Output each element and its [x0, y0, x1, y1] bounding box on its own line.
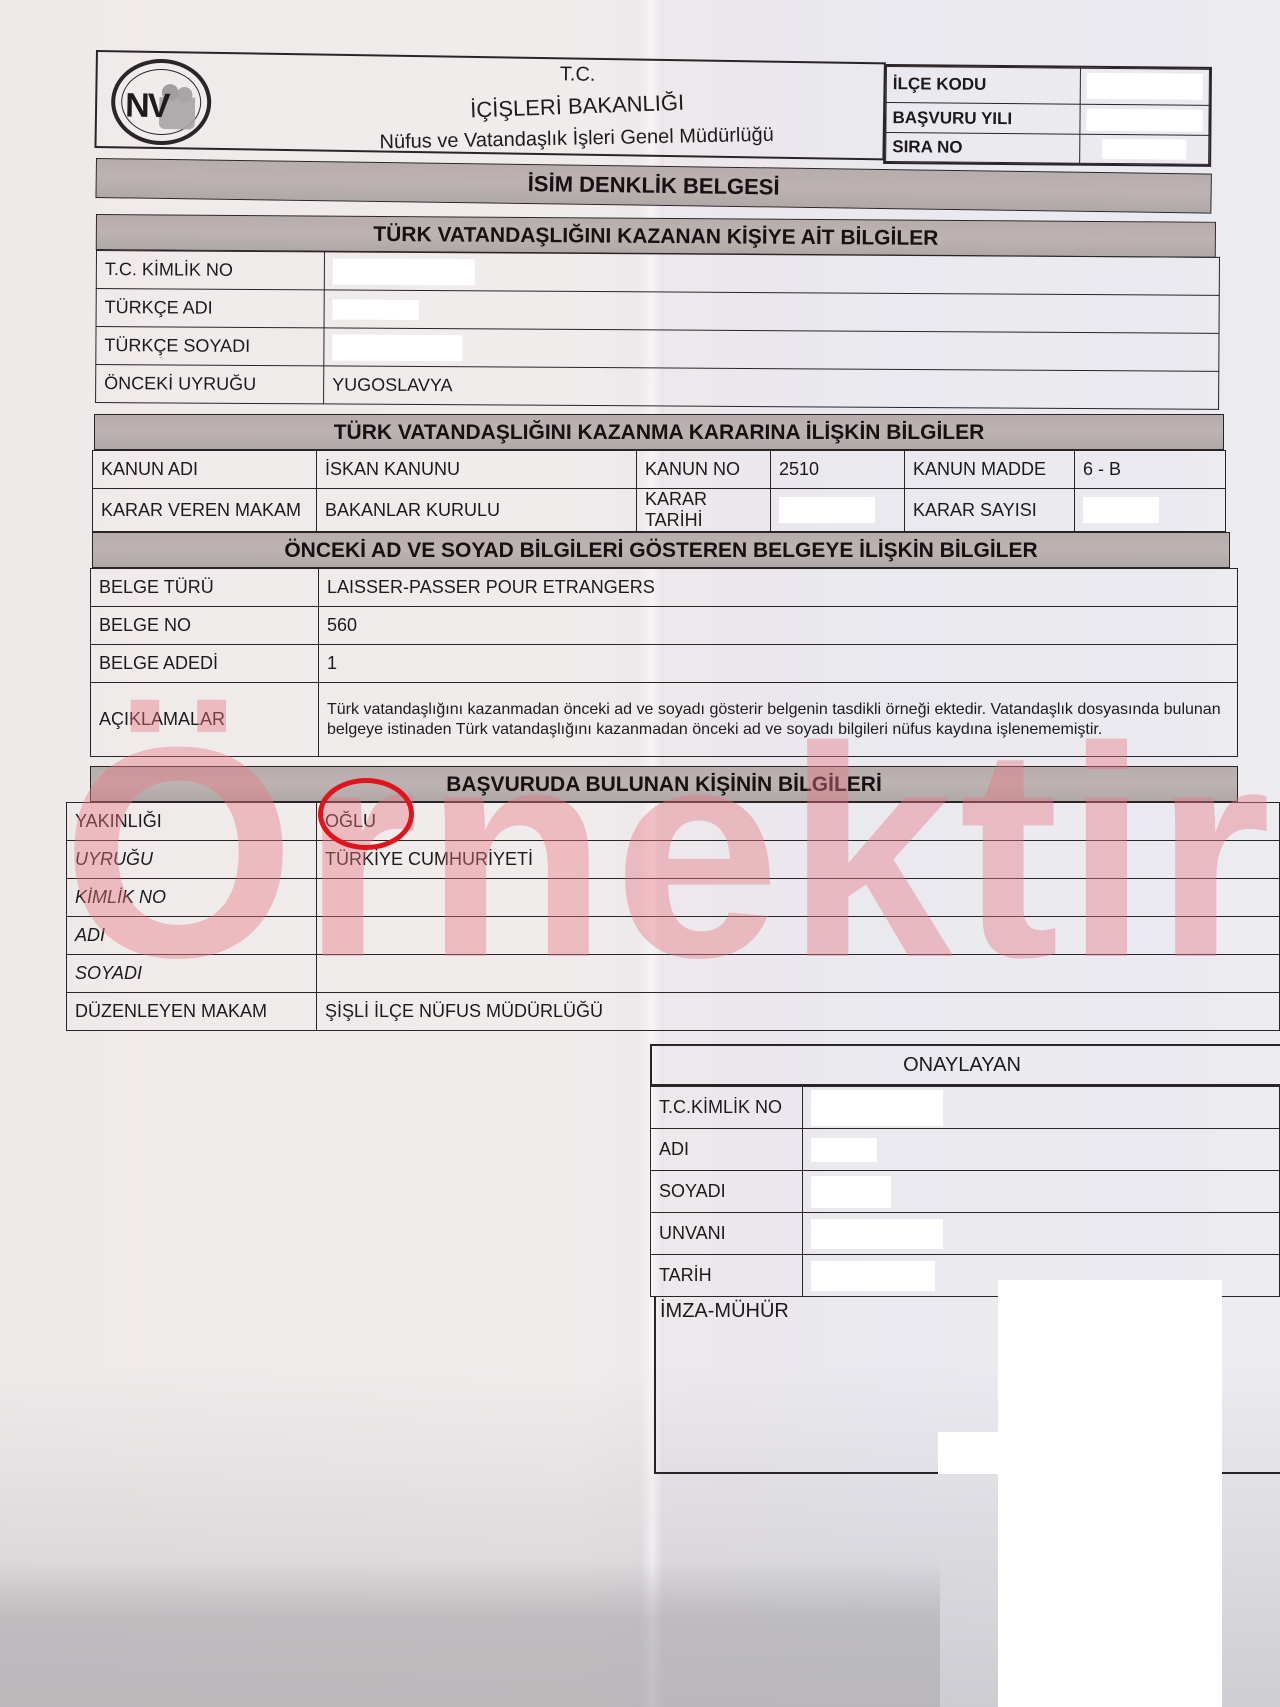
nvi-emblem-icon: NV [111, 58, 212, 146]
approval-table: T.C.KİMLİK NO ADI SOYADI UNVANI TARİH [650, 1086, 1280, 1297]
field-value: 6 - B [1075, 451, 1226, 489]
redaction [1102, 139, 1186, 160]
redaction [811, 1138, 877, 1162]
field-label: YAKINLIĞI [67, 803, 317, 841]
table-row: ÖNCEKİ UYRUĞU YUGOSLAVYA [96, 365, 1219, 410]
field-label: ADI [67, 917, 317, 955]
section2-table: KANUN ADI İSKAN KANUNU KANUN NO 2510 KAN… [92, 450, 1226, 532]
redaction [332, 334, 462, 361]
field-label: TARİH [651, 1255, 803, 1297]
meta-value [1080, 135, 1209, 165]
field-value: OĞLU [317, 803, 1280, 841]
header-directorate: Nüfus ve Vatandaşlık İşleri Genel Müdürl… [296, 122, 856, 156]
field-value [803, 1087, 1280, 1129]
field-label: DÜZENLEYEN MAKAM [67, 993, 317, 1031]
approval-title: ONAYLAYAN [652, 1054, 1272, 1077]
field-value [317, 917, 1280, 955]
table-row: KARAR VEREN MAKAM BAKANLAR KURULU KARAR … [93, 489, 1226, 532]
field-label: ÖNCEKİ UYRUĞU [96, 365, 324, 404]
redaction [811, 1176, 891, 1208]
field-value [324, 290, 1219, 333]
field-value [324, 252, 1219, 295]
section3-table: BELGE TÜRÜ LAISSER-PASSER POUR ETRANGERS… [90, 568, 1238, 757]
redaction [1087, 73, 1203, 100]
redaction [1086, 108, 1202, 131]
paper-shadow [0, 1560, 940, 1707]
field-label: TÜRKÇE SOYADI [96, 327, 324, 366]
table-row: KİMLİK NO [67, 879, 1280, 917]
field-value: 1 [319, 645, 1238, 683]
table-row: YAKINLIĞI OĞLU [67, 803, 1280, 841]
section4-title: BAŞVURUDA BULUNAN KİŞİNİN BİLGİLERİ [90, 766, 1238, 802]
redaction [333, 300, 419, 321]
redaction-block [998, 1280, 1222, 1707]
field-label: T.C.KİMLİK NO [651, 1087, 803, 1129]
field-label: TÜRKÇE ADI [96, 289, 324, 328]
redaction [333, 258, 475, 285]
field-label: KANUN NO [637, 451, 771, 489]
table-row: UNVANI [651, 1213, 1280, 1255]
table-row: KANUN ADI İSKAN KANUNU KANUN NO 2510 KAN… [93, 451, 1226, 489]
table-row: UYRUĞU TÜRKİYE CUMHURİYETİ [67, 841, 1280, 879]
field-label: KARAR VEREN MAKAM [93, 489, 317, 532]
field-label: KARAR SAYISI [905, 489, 1075, 532]
meta-label: SIRA NO [886, 133, 1080, 163]
field-value: BAKANLAR KURULU [317, 489, 637, 532]
redaction [811, 1219, 943, 1249]
field-value [803, 1129, 1280, 1171]
signature-label: İMZA-MÜHÜR [660, 1300, 789, 1323]
table-row: T.C.KİMLİK NO [651, 1087, 1280, 1129]
approval-header: ONAYLAYAN [650, 1044, 1280, 1086]
field-label: UNVANI [651, 1213, 803, 1255]
field-label: ADI [651, 1129, 803, 1171]
field-label: BELGE ADEDİ [91, 645, 319, 683]
field-value [803, 1171, 1280, 1213]
field-value [803, 1213, 1280, 1255]
table-row: ADI [651, 1129, 1280, 1171]
field-label: KARAR TARİHİ [637, 489, 771, 532]
document-title: İSİM DENKLİK BELGESİ [95, 158, 1211, 214]
table-row: SOYADI [651, 1171, 1280, 1213]
section3-title: ÖNCEKİ AD VE SOYAD BİLGİLERİ GÖSTEREN BE… [92, 532, 1230, 568]
field-value [771, 489, 905, 532]
meta-box: İLÇE KODU BAŞVURU YILI SIRA NO [883, 64, 1212, 167]
field-value: TÜRKİYE CUMHURİYETİ [317, 841, 1280, 879]
field-label: KİMLİK NO [67, 879, 317, 917]
field-value: 560 [319, 607, 1238, 645]
field-label: SOYADI [651, 1171, 803, 1213]
redaction [779, 497, 875, 523]
redaction [811, 1261, 935, 1291]
section1-table: T.C. KİMLİK NO TÜRKÇE ADI TÜRKÇE SOYADI … [95, 250, 1220, 410]
field-value: YUGOSLAVYA [324, 366, 1219, 409]
field-value [324, 328, 1219, 371]
redaction [811, 1090, 943, 1126]
meta-row: İLÇE KODU [886, 67, 1209, 106]
field-value: İSKAN KANUNU [317, 451, 637, 489]
field-value: 2510 [771, 451, 905, 489]
redaction [1083, 497, 1159, 523]
document-header: NV T.C. İÇİŞLERİ BAKANLIĞI Nüfus ve Vata… [94, 50, 885, 160]
section2-title: TÜRK VATANDAŞLIĞINI KAZANMA KARARINA İLİ… [94, 414, 1224, 450]
field-value: ŞİŞLİ İLÇE NÜFUS MÜDÜRLÜĞÜ [317, 993, 1280, 1031]
meta-value [1080, 104, 1209, 136]
field-label: KANUN MADDE [905, 451, 1075, 489]
table-row: AÇIKLAMALAR Türk vatandaşlığını kazanmad… [91, 683, 1238, 757]
field-value [317, 955, 1280, 993]
meta-row: BAŞVURU YILI [886, 102, 1209, 135]
field-label: BELGE TÜRÜ [91, 569, 319, 607]
table-row: ADI [67, 917, 1280, 955]
field-label: AÇIKLAMALAR [91, 683, 319, 757]
table-row: BELGE NO 560 [91, 607, 1238, 645]
field-label: KANUN ADI [93, 451, 317, 489]
table-row: SOYADI [67, 955, 1280, 993]
highlight-circle [318, 778, 414, 850]
meta-row: SIRA NO [886, 133, 1209, 164]
table-row: BELGE ADEDİ 1 [91, 645, 1238, 683]
field-label: T.C. KİMLİK NO [96, 251, 324, 290]
meta-value [1080, 68, 1209, 105]
notes-text: Türk vatandaşlığını kazanmadan önceki ad… [319, 683, 1238, 757]
table-row: BELGE TÜRÜ LAISSER-PASSER POUR ETRANGERS [91, 569, 1238, 607]
field-value [1075, 489, 1226, 532]
table-row: DÜZENLEYEN MAKAM ŞİŞLİ İLÇE NÜFUS MÜDÜRL… [67, 993, 1280, 1031]
field-value [317, 879, 1280, 917]
field-label: BELGE NO [91, 607, 319, 645]
field-label: UYRUĞU [67, 841, 317, 879]
meta-label: İLÇE KODU [886, 67, 1080, 105]
field-label: SOYADI [67, 955, 317, 993]
redaction-block [938, 1432, 1000, 1474]
meta-label: BAŞVURU YILI [886, 102, 1080, 134]
logo-text: NV [125, 86, 169, 126]
section4-table: YAKINLIĞI OĞLU UYRUĞU TÜRKİYE CUMHURİYET… [66, 802, 1280, 1031]
field-value: LAISSER-PASSER POUR ETRANGERS [319, 569, 1238, 607]
